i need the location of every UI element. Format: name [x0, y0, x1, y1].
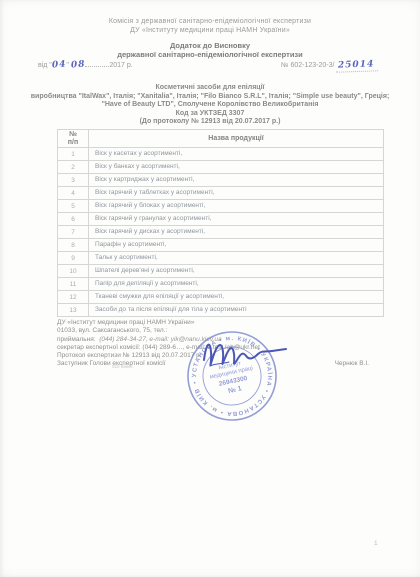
- table-row: 8Парафін у асортименті,: [58, 239, 384, 252]
- table-row: 12Тканеві смужки для епіляції у асортиме…: [58, 291, 384, 304]
- table-row: 6Віск гарячий у гранулах у асортименті,: [58, 213, 384, 226]
- product-name: Засоби до та після епіляції для тіла у а…: [89, 304, 384, 317]
- subject-line2: виробництва "ItalWax", Італія; "Xanitali…: [25, 93, 395, 110]
- row-number: 8: [58, 239, 89, 252]
- row-number: 13: [58, 304, 89, 317]
- row-number: 9: [58, 252, 89, 265]
- row-number: 10: [58, 265, 89, 278]
- product-name: Віск у картриджах у асортименті,: [89, 174, 384, 187]
- table-row: 2Віск у банках у асортименті,: [58, 161, 384, 174]
- document-page: Комісія з державної санітарно-епідеміоло…: [0, 0, 420, 577]
- doc-title-line1: Додаток до Висновку: [0, 41, 420, 50]
- doc-date: від "04" 082017 р.: [38, 60, 133, 70]
- table-row: 3Віск у картриджах у асортименті,: [58, 174, 384, 187]
- doc-title-line2: державної санітарно-епідеміологічної екс…: [0, 50, 420, 59]
- doc-title: Додаток до Висновку державної санітарно-…: [0, 41, 420, 59]
- col-header-num-line1: №: [60, 131, 86, 139]
- product-name: Віск у банках у асортименті,: [89, 161, 384, 174]
- stamp-center-number: № 1: [227, 384, 242, 395]
- row-number: 11: [58, 278, 89, 291]
- institute-line: ДУ «Інституту медицини праці НАМН Україн…: [0, 26, 420, 35]
- date-prefix: від ": [38, 62, 52, 69]
- product-name: Віск гарячий у гранулах у асортименті,: [89, 213, 384, 226]
- product-name: Тканеві смужки для епіляції у асортимент…: [89, 291, 384, 304]
- col-header-num: № п/п: [58, 130, 89, 148]
- signer-name: Чернюк В.І.: [335, 360, 369, 368]
- signature-stroke: [204, 345, 286, 366]
- table-row: 10Шпателі дерев'яні у асортименті,: [58, 265, 384, 278]
- table-row: 9Тальк у асортименті,: [58, 252, 384, 265]
- products-table: № п/п Назва продукції 1Віск у касетах у …: [57, 129, 384, 317]
- table-row: 1Віск у касетах у асортименті,: [58, 148, 384, 161]
- table-row: 4Віск гарячий у таблетках у асортименті,: [58, 187, 384, 200]
- date-underline: [85, 60, 109, 67]
- table-row: 13Засоби до та після епіляції для тіла у…: [58, 304, 384, 317]
- subject-line4: (До протоколу № 12913 від 20.07.2017 р.): [25, 118, 395, 127]
- product-name: Тальк у асортименті,: [89, 252, 384, 265]
- product-name: Віск гарячий у дисках у асортименті,: [89, 226, 384, 239]
- table-row: 11Папір для депіляції у асортименті,: [58, 278, 384, 291]
- table-row: 7Віск гарячий у дисках у асортименті,: [58, 226, 384, 239]
- row-number: 6: [58, 213, 89, 226]
- row-number: 12: [58, 291, 89, 304]
- product-name: Шпателі дерев'яні у асортименті,: [89, 265, 384, 278]
- subject-block: Косметичні засоби для епіляції виробницт…: [25, 84, 395, 127]
- row-number: 4: [58, 187, 89, 200]
- product-name: Віск гарячий у блоках у асортименті,: [89, 200, 384, 213]
- header-org-block: Комісія з державної санітарно-епідеміоло…: [0, 17, 420, 35]
- product-name: Віск гарячий у таблетках у асортименті,: [89, 187, 384, 200]
- footer-tiny-note: 010 Кинет.: [112, 364, 134, 369]
- doc-number-printed: № 602-123-20-3/: [281, 62, 334, 69]
- signature-ink: [190, 334, 302, 378]
- doc-number-handwritten: 25014: [336, 59, 379, 72]
- row-number: 3: [58, 174, 89, 187]
- col-header-num-line2: п/п: [60, 139, 86, 147]
- row-number: 5: [58, 200, 89, 213]
- date-year: 2017 р.: [109, 62, 132, 69]
- doc-number: № 602-123-20-3/ 25014: [281, 60, 379, 72]
- footer-reception-label: приймальня:: [57, 336, 96, 343]
- col-header-name: Назва продукції: [89, 130, 384, 148]
- product-name: Віск у касетах у асортименті,: [89, 148, 384, 161]
- date-month-handwritten: 08: [70, 60, 85, 71]
- page-number: 1: [374, 540, 378, 547]
- signature-flourish: [210, 362, 229, 366]
- table-header-row: № п/п Назва продукції: [58, 130, 384, 148]
- commission-line: Комісія з державної санітарно-епідеміоло…: [0, 17, 420, 26]
- row-number: 2: [58, 161, 89, 174]
- product-name: Папір для депіляції у асортименті,: [89, 278, 384, 291]
- row-number: 7: [58, 226, 89, 239]
- table-row: 5Віск гарячий у блоках у асортименті,: [58, 200, 384, 213]
- row-number: 1: [58, 148, 89, 161]
- subject-line1: Косметичні засоби для епіляції: [25, 84, 395, 93]
- date-day-handwritten: 04: [51, 60, 66, 71]
- product-name: Парафін у асортименті,: [89, 239, 384, 252]
- meta-row: від "04" 082017 р. № 602-123-20-3/ 25014: [0, 60, 420, 74]
